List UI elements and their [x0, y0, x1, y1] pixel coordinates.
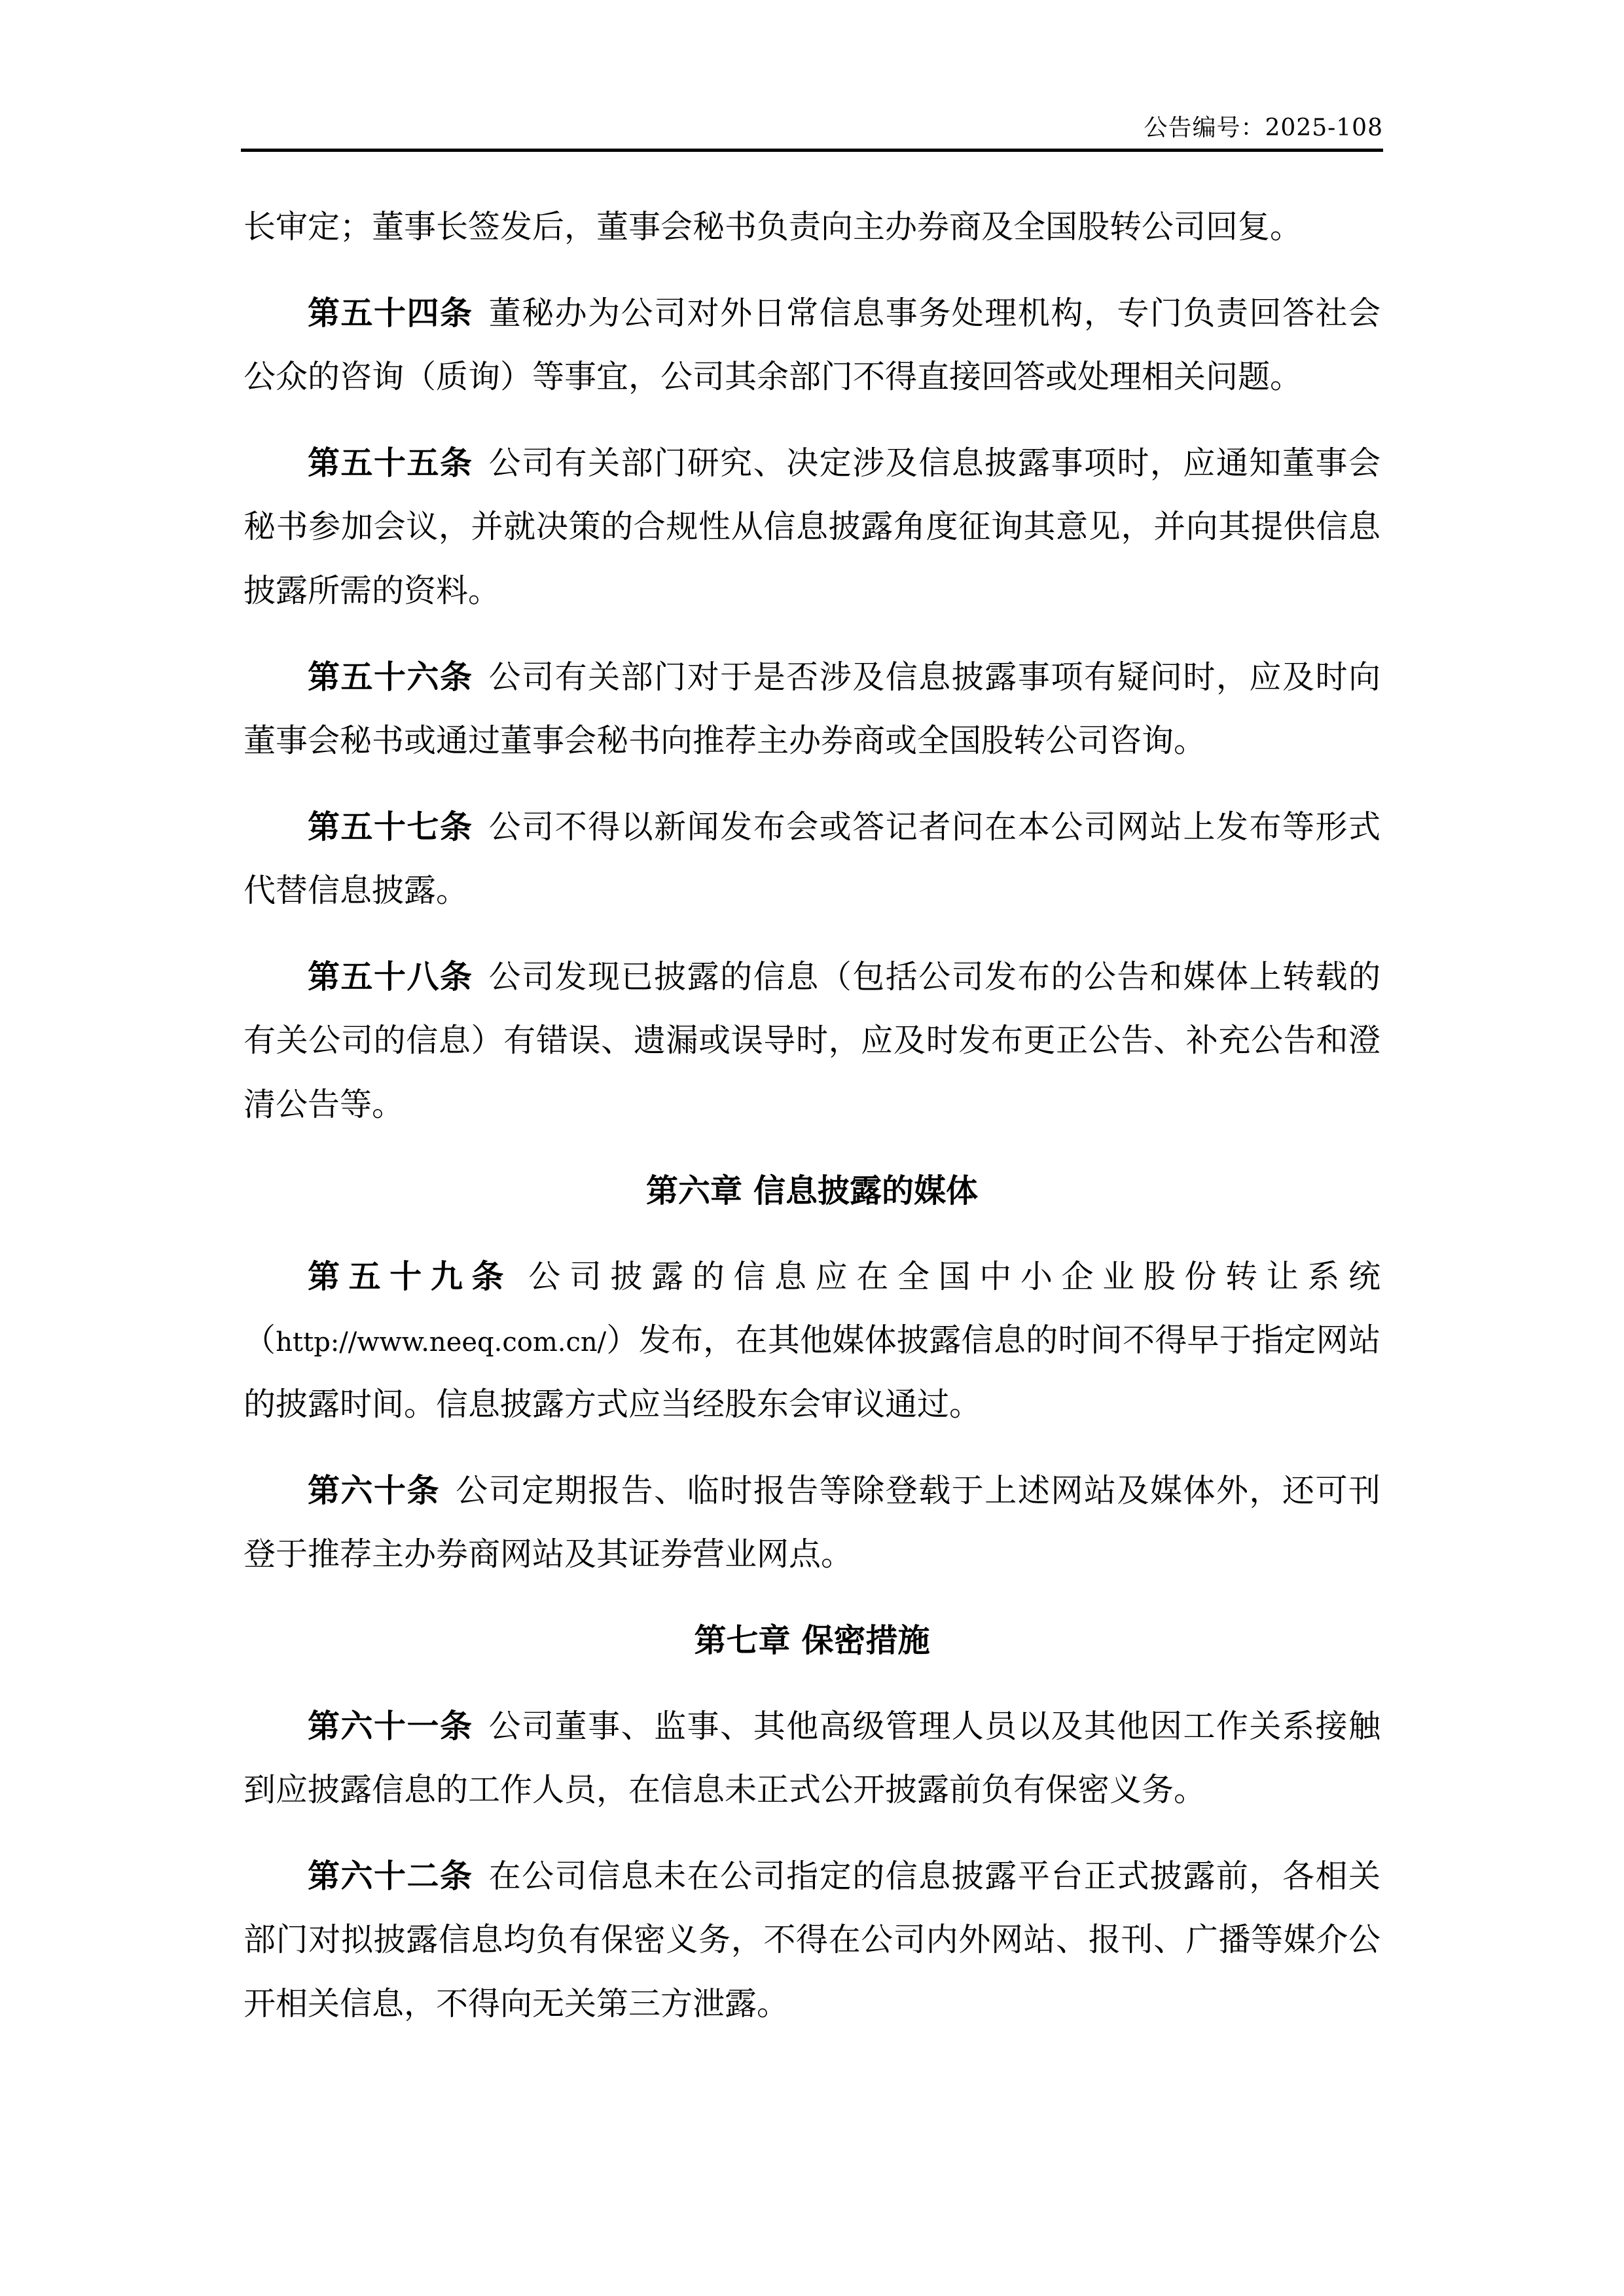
paragraph-line: 第五十五条公司有关部门研究、决定涉及信息披露事项时，应通知董事会: [244, 431, 1380, 495]
article-text: 公司董事、监事、其他高级管理人员以及其他因工作关系接触: [489, 1708, 1380, 1745]
article-text: 在公司信息未在公司指定的信息披露平台正式披露前，各相关: [489, 1857, 1380, 1895]
paragraph-line: 部门对拟披露信息均负有保密义务，不得在公司内外网站、报刊、广播等媒介公: [244, 1908, 1380, 1972]
paragraph-line: 长审定；董事长签发后，董事会秘书负责向主办券商及全国股转公司回复。: [244, 195, 1380, 259]
paragraph-article-54: 第五十四条董秘办为公司对外日常信息事务处理机构，专门负责回答社会 公众的咨询（质…: [244, 281, 1380, 409]
article-text: 公司不得以新闻发布会或答记者问在本公司网站上发布等形式: [489, 808, 1380, 846]
article-text: 董秘办为公司对外日常信息事务处理机构，专门负责回答社会: [489, 295, 1380, 332]
article-label: 第五十五条: [308, 444, 473, 482]
chapter-heading-7: 第七章 保密措施: [244, 1608, 1380, 1672]
article-text: 公司有关部门对于是否涉及信息披露事项有疑问时，应及时向: [489, 658, 1380, 696]
article-text: 公司披露的信息应在全国中小企业股份转让系统: [528, 1258, 1380, 1295]
paragraph-line-url: （http://www.neeq.com.cn/）发布，在其他媒体披露信息的时间…: [244, 1308, 1380, 1372]
paragraph-line: 第五十六条公司有关部门对于是否涉及信息披露事项有疑问时，应及时向: [244, 645, 1380, 709]
article-label: 第六十二条: [308, 1857, 473, 1895]
paragraph-article-62: 第六十二条在公司信息未在公司指定的信息披露平台正式披露前，各相关 部门对拟披露信…: [244, 1844, 1380, 2036]
paragraph-line: 第六十一条公司董事、监事、其他高级管理人员以及其他因工作关系接触: [244, 1694, 1380, 1758]
article-text: 公司定期报告、临时报告等除登载于上述网站及媒体外，还可刊: [456, 1472, 1380, 1509]
paragraph-line: 第六十条公司定期报告、临时报告等除登载于上述网站及媒体外，还可刊: [244, 1458, 1380, 1522]
paragraph-article-55: 第五十五条公司有关部门研究、决定涉及信息披露事项时，应通知董事会 秘书参加会议，…: [244, 431, 1380, 623]
article-label: 第六十一条: [308, 1707, 473, 1745]
url-open-paren: （: [244, 1321, 276, 1359]
document-page: 公告编号：2025-108 长审定；董事长签发后，董事会秘书负责向主办券商及全国…: [0, 0, 1624, 2296]
paragraph-article-57: 第五十七条公司不得以新闻发布会或答记者问在本公司网站上发布等形式 代替信息披露。: [244, 795, 1380, 923]
paragraph-line: 秘书参加会议，并就决策的合规性从信息披露角度征询其意见，并向其提供信息: [244, 495, 1380, 559]
neeq-url: http://www.neeq.com.cn/: [276, 1327, 606, 1357]
paragraph-article-58: 第五十八条公司发现已披露的信息（包括公司发布的公告和媒体上转载的 有关公司的信息…: [244, 944, 1380, 1137]
chapter-heading-6: 第六章 信息披露的媒体: [244, 1158, 1380, 1223]
article-label: 第五十六条: [308, 658, 473, 696]
article-text: 公司发现已披露的信息（包括公司发布的公告和媒体上转载的: [489, 958, 1380, 996]
paragraph-line: 第六十二条在公司信息未在公司指定的信息披露平台正式披露前，各相关: [244, 1844, 1380, 1908]
paragraph-line: 第五十九条公司披露的信息应在全国中小企业股份转让系统: [244, 1244, 1380, 1308]
paragraph-line: 开相关信息，不得向无关第三方泄露。: [244, 1972, 1380, 2036]
article-label: 第五十四条: [308, 294, 473, 332]
article-text: 公司有关部门研究、决定涉及信息披露事项时，应通知董事会: [489, 444, 1380, 482]
paragraph-line: 董事会秘书或通过董事会秘书向推荐主办券商或全国股转公司咨询。: [244, 709, 1380, 773]
document-body: 长审定；董事长签发后，董事会秘书负责向主办券商及全国股转公司回复。 第五十四条董…: [244, 152, 1380, 2036]
article-label: 第五十八条: [308, 958, 473, 996]
paragraph-line: 清公告等。: [244, 1073, 1380, 1137]
article-text: ）发布，在其他媒体披露信息的时间不得早于指定网站: [606, 1321, 1380, 1359]
announcement-number: 公告编号：2025-108: [241, 117, 1383, 149]
article-label: 第六十条: [308, 1471, 440, 1509]
article-label: 第五十七条: [308, 808, 473, 846]
paragraph-line: 有关公司的信息）有错误、遗漏或误导时，应及时发布更正公告、补充公告和澄: [244, 1009, 1380, 1073]
paragraph-article-61: 第六十一条公司董事、监事、其他高级管理人员以及其他因工作关系接触 到应披露信息的…: [244, 1694, 1380, 1822]
paragraph-continuation: 长审定；董事长签发后，董事会秘书负责向主办券商及全国股转公司回复。: [244, 195, 1380, 259]
paragraph-line: 到应披露信息的工作人员，在信息未正式公开披露前负有保密义务。: [244, 1758, 1380, 1822]
paragraph-article-60: 第六十条公司定期报告、临时报告等除登载于上述网站及媒体外，还可刊 登于推荐主办券…: [244, 1458, 1380, 1587]
paragraph-article-59: 第五十九条公司披露的信息应在全国中小企业股份转让系统 （http://www.n…: [244, 1244, 1380, 1437]
paragraph-line: 披露所需的资料。: [244, 559, 1380, 623]
paragraph-line: 代替信息披露。: [244, 859, 1380, 923]
paragraph-line: 第五十四条董秘办为公司对外日常信息事务处理机构，专门负责回答社会: [244, 281, 1380, 345]
paragraph-line: 的披露时间。信息披露方式应当经股东会审议通过。: [244, 1372, 1380, 1437]
page-header: 公告编号：2025-108: [241, 0, 1383, 152]
paragraph-article-56: 第五十六条公司有关部门对于是否涉及信息披露事项有疑问时，应及时向 董事会秘书或通…: [244, 645, 1380, 773]
paragraph-line: 登于推荐主办券商网站及其证券营业网点。: [244, 1522, 1380, 1587]
paragraph-line: 第五十八条公司发现已披露的信息（包括公司发布的公告和媒体上转载的: [244, 944, 1380, 1009]
article-label: 第五十九条: [308, 1257, 513, 1295]
paragraph-line: 第五十七条公司不得以新闻发布会或答记者问在本公司网站上发布等形式: [244, 795, 1380, 859]
paragraph-line: 公众的咨询（质询）等事宜，公司其余部门不得直接回答或处理相关问题。: [244, 345, 1380, 409]
